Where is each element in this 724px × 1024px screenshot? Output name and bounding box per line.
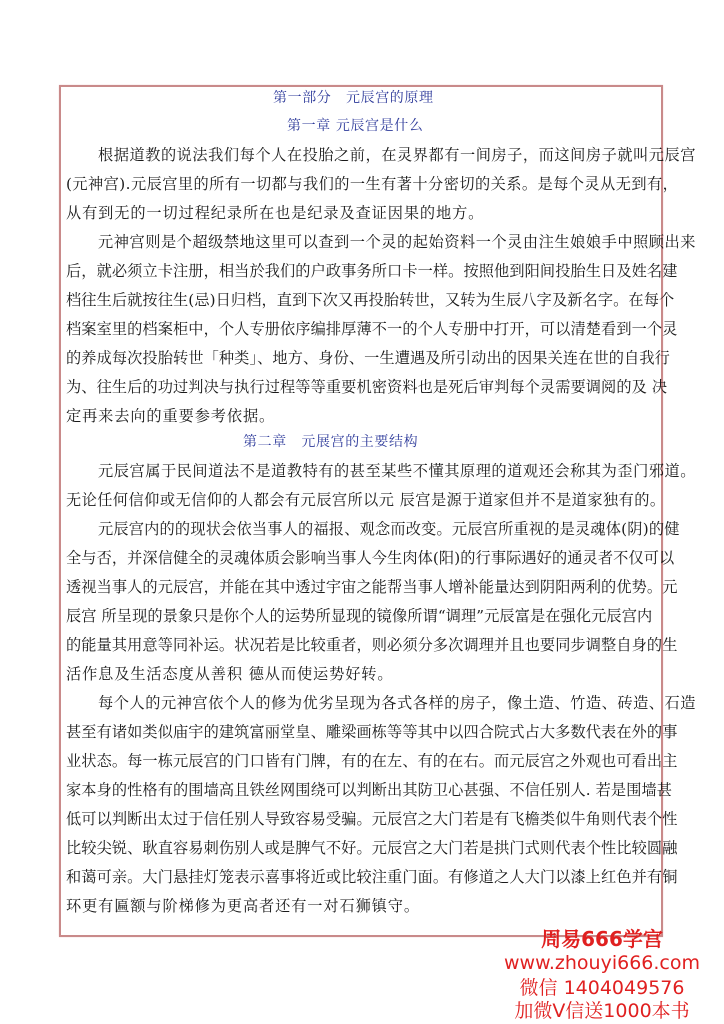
- paragraph-line: 为、往生后的功过判决与执行过程等等重要机密资料也是死后审判每个灵需要调阅的及 决: [66, 377, 666, 397]
- paragraph-line: 从有到无的一切过程纪录所在也是纪录及查证因果的地方。: [66, 203, 666, 223]
- paragraph-line: 根据道教的说法我们每个人在投胎之前，在灵界都有一间房子，而这间房子就叫元辰宫: [98, 145, 698, 165]
- paragraph-line: 元辰宫内的的现状会依当事人的福报、观念而改变。元辰宫所重视的是灵魂体(阴)的健: [98, 519, 698, 539]
- watermark-promo: 加微V信送1000本书: [480, 1000, 724, 1022]
- watermark-title: 周易666学宫: [480, 928, 724, 950]
- paragraph-line: 无论任何信仰或无信仰的人都会有元辰宫所以元 辰宫是源于道家但并不是道家独有的。: [66, 490, 666, 510]
- paragraph-line: 低可以判断出太过于信任别人导致容易受骗。元辰宫之大门若是有飞檐类似牛角则代表个性: [66, 809, 666, 829]
- paragraph-line: 档往生后就按往生(忌)日归档，直到下次又再投胎转世，又转为生辰八字及新名字。在每…: [66, 290, 666, 310]
- watermark-url: www.zhouyi666.com: [480, 952, 724, 974]
- paragraph-line: 的养成每次投胎转世「种类」、地方、身份、一生遭遇及所引动出的因果关连在世的自我行: [66, 348, 666, 368]
- paragraph-line: 元神宫则是个超级禁地这里可以查到一个灵的起始资料一个灵由注生娘娘手中照顾出来: [98, 232, 698, 252]
- paragraph-line: 甚至有诸如类似庙宇的建筑富丽堂皇、雕梁画栋等等其中以四合院式占大多数代表在外的事: [66, 722, 666, 742]
- part-title: 第一部分 元辰宫的原理: [273, 88, 434, 108]
- paragraph-line: 家本身的性格有的围墙高且铁丝网围绕可以判断出其防卫心甚强、不信任别人. 若是围墙…: [66, 780, 666, 800]
- paragraph-line: 全与否，并深信健全的灵魂体质会影响当事人今生肉体(阳)的行事际遇好的通灵者不仅可…: [66, 548, 666, 568]
- paragraph-line: 比较尖锐、耿直容易刺伤别人或是脾气不好。元辰宫之大门若是拱门式则代表个性比较圆融: [66, 838, 666, 858]
- paragraph-line: 后，就必须立卡注册，相当於我们的户政事务所口卡一样。按照他到阳间投胎生日及姓名建: [66, 261, 666, 281]
- watermark-wechat: 微信 1404049576: [480, 977, 724, 999]
- paragraph-line: 元辰宫属于民间道法不是道教特有的甚至某些不懂其原理的道观还会称其为歪门邪道。: [98, 461, 698, 481]
- paragraph-line: 档案室里的档案柜中，个人专册依序编排厚薄不一的个人专册中打开，可以清楚看到一个灵: [66, 319, 666, 339]
- paragraph-line: 的能量其用意等同补运。状况若是比较重者，则必须分多次调理并且也要同步调整自身的生: [66, 635, 666, 655]
- chapter-2-title: 第二章 元展宫的主要结构: [243, 432, 418, 452]
- paragraph-line: 环更有匾额与阶梯修为更高者还有一对石狮镇守。: [66, 896, 666, 916]
- paragraph-line: 辰宫 所呈现的景象只是你个人的运势所显现的镜像所谓“调理”元辰富是在强化元辰宫内: [66, 606, 666, 626]
- paragraph-line: 活作息及生活态度从善积 德从而使运势好转。: [66, 664, 666, 684]
- paragraph-line: 定再来去向的重要参考依据。: [66, 406, 666, 426]
- paragraph-line: (元神宫).元辰宫里的所有一切都与我们的一生有著十分密切的关系。是每个灵从无到有…: [66, 174, 666, 194]
- paragraph-line: 和蔼可亲。大门悬挂灯笼表示喜事将近或比较注重门面。有修道之人大门以漆上红色并有铜: [66, 867, 666, 887]
- paragraph-line: 每个人的元神宫依个人的修为优劣呈现为各式各样的房子，像土造、竹造、砖造、石造: [98, 693, 698, 713]
- chapter-1-title: 第一章 元辰宫是什么: [287, 116, 423, 136]
- paragraph-line: 业状态。每一栋元辰宫的门口皆有门牌，有的在左、有的在右。而元辰宫之外观也可看出主: [66, 751, 666, 771]
- paragraph-line: 透视当事人的元辰宫，并能在其中透过宇宙之能帮当事人增补能量达到阴阳两利的优势。元: [66, 577, 666, 597]
